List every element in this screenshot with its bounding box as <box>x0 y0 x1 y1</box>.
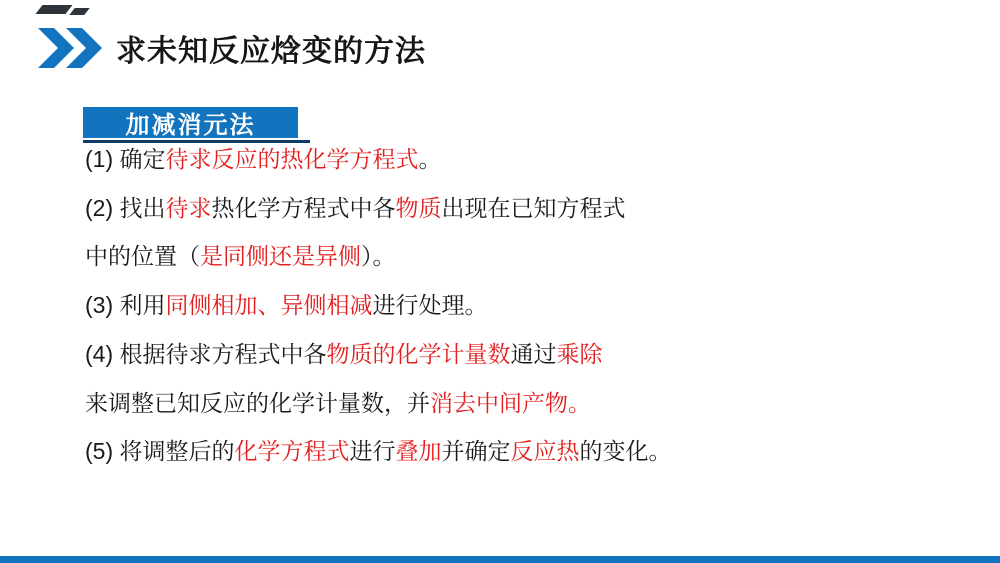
step-text-segment: 中的位置（ <box>85 243 200 269</box>
bottom-accent-bar <box>0 556 1000 563</box>
step-line: (4) 根据待求方程式中各物质的化学计量数通过乘除 <box>85 330 965 379</box>
step-line: 中的位置（是同侧还是异侧）。 <box>85 232 965 281</box>
step-text-segment: (5) 将调整后的 <box>85 438 235 464</box>
step-text-segment: 化学方程式 <box>235 438 350 464</box>
slide-header: 求未知反应焓变的方法 <box>38 26 426 70</box>
step-text-segment: 进行处理。 <box>373 292 488 318</box>
step-line: (5) 将调整后的化学方程式进行叠加并确定反应热的变化。 <box>85 427 965 476</box>
step-text-segment: ）。 <box>361 243 396 269</box>
step-text-segment: 待求 <box>166 195 212 221</box>
step-text-segment: 并确定 <box>442 438 511 464</box>
step-text-segment: 是同侧还是异侧 <box>200 243 361 269</box>
step-line: 来调整已知反应的化学计量数，并消去中间产物。 <box>85 379 965 428</box>
step-text-segment: 物质 <box>396 195 442 221</box>
step-text-segment: (1) 确定 <box>85 146 166 172</box>
steps-list: (1) 确定待求反应的热化学方程式。(2) 找出待求热化学方程式中各物质出现在已… <box>85 135 965 476</box>
double-chevron-icon <box>38 28 102 68</box>
step-text-segment: 消去中间产物。 <box>430 390 591 416</box>
step-line: (1) 确定待求反应的热化学方程式。 <box>85 135 965 184</box>
step-text-segment: 出现在已知方程式 <box>442 195 626 221</box>
step-text-segment: (2) 找出 <box>85 195 166 221</box>
step-text-segment: 物质的化学计量数 <box>327 341 511 367</box>
step-line: (2) 找出待求热化学方程式中各物质出现在已知方程式 <box>85 184 965 233</box>
step-text-segment: 来调整已知反应的化学计量数，并 <box>85 390 430 416</box>
step-line: (3) 利用同侧相加、异侧相减进行处理。 <box>85 281 965 330</box>
step-text-segment: 。 <box>419 146 442 172</box>
step-text-segment: 待求反应的热化学方程式 <box>166 146 419 172</box>
decorative-corner-mark <box>35 5 72 14</box>
decorative-corner-mark <box>69 8 89 15</box>
step-text-segment: 同侧相加、异侧相减 <box>166 292 373 318</box>
step-text-segment: 反应热 <box>511 438 580 464</box>
method-badge: 加减消元法 <box>83 107 298 138</box>
step-text-segment: 叠加 <box>396 438 442 464</box>
step-text-segment: (3) 利用 <box>85 292 166 318</box>
step-text-segment: 的变化。 <box>580 438 672 464</box>
step-text-segment: 通过 <box>511 341 557 367</box>
step-text-segment: 乘除 <box>557 341 603 367</box>
presentation-slide: 求未知反应焓变的方法 加减消元法 (1) 确定待求反应的热化学方程式。(2) 找… <box>0 0 1000 563</box>
step-text-segment: 进行 <box>350 438 396 464</box>
step-text-segment: (4) 根据待求方程式中各 <box>85 341 327 367</box>
step-text-segment: 热化学方程式中各 <box>212 195 396 221</box>
page-title: 求未知反应焓变的方法 <box>116 26 426 70</box>
